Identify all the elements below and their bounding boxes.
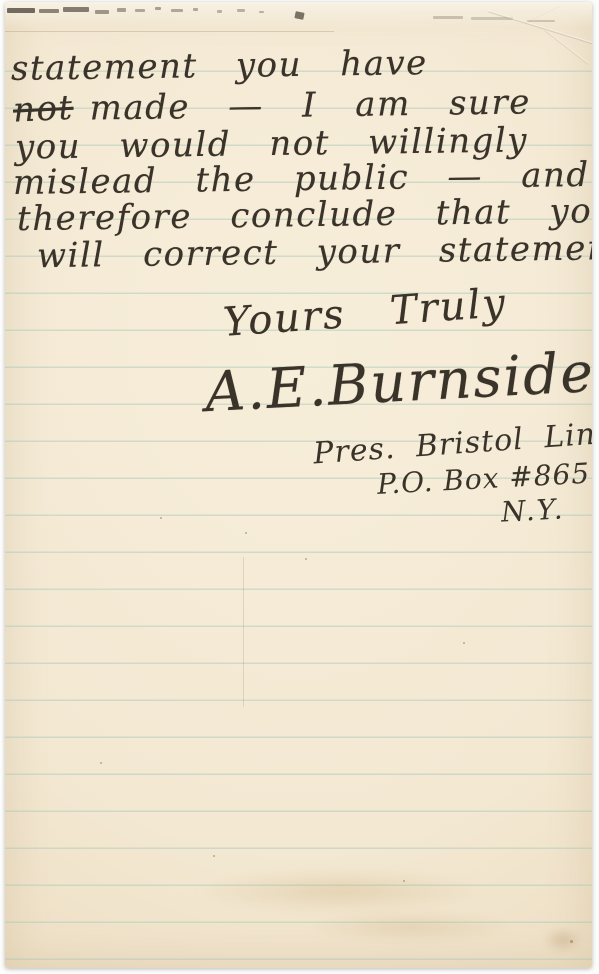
- handwriting-line-6: will correct your statement.: [37, 228, 592, 276]
- letter-scan: statement you have notmade — I am sure y…: [0, 0, 599, 974]
- paper-sheet: statement you have notmade — I am sure y…: [5, 2, 592, 968]
- closing-line: Yours Truly: [222, 280, 509, 346]
- place-line: N.Y.: [500, 492, 565, 528]
- crossed-out-word: not: [12, 88, 74, 131]
- handwriting-body: statement you have notmade — I am sure y…: [5, 2, 592, 968]
- signature: A.E.Burnside: [204, 340, 592, 424]
- handwriting-line-1: statement you have: [11, 43, 428, 89]
